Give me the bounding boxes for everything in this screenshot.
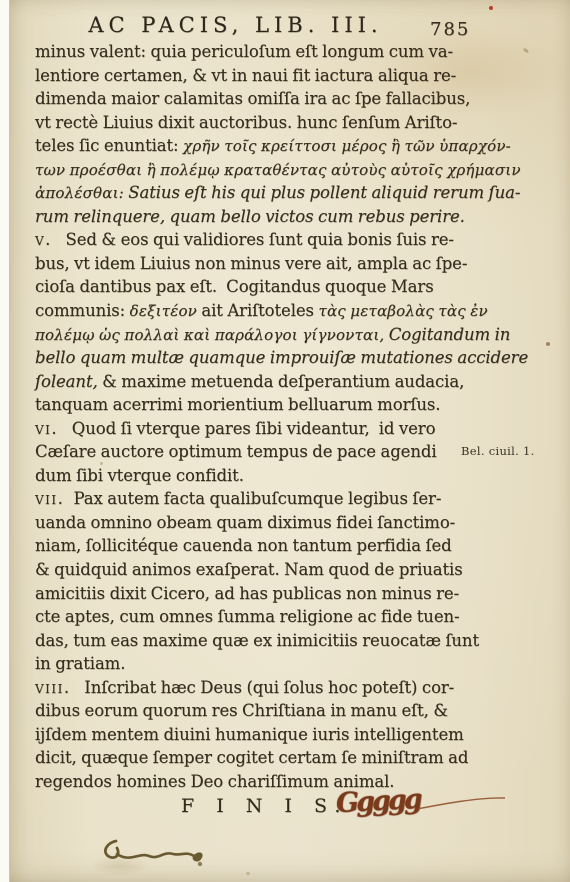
paper-speck xyxy=(455,638,458,641)
text-line: bello quam multæ quamque improuiſæ mutat… xyxy=(35,346,467,370)
text-line: tanquam acerrimi morientium belluarum mo… xyxy=(35,393,467,417)
ink-scribble-tail xyxy=(335,788,510,823)
text-line: minus valent: quia periculoſum eſt longu… xyxy=(35,40,467,64)
page-number: 785 xyxy=(430,19,470,40)
text-line: cioſa dantibus pax eſt. Cogitandus quoqu… xyxy=(35,275,467,299)
text-block: minus valent: quia periculoſum eſt longu… xyxy=(35,40,467,794)
text-line: dibus eorum quorum res Chriſtiana in man… xyxy=(35,699,467,723)
text-line: ijſdem mentem diuini humanique iuris int… xyxy=(35,723,467,747)
handwritten-flourish-arrow xyxy=(100,834,225,876)
text-line: lentiore certamen, & vt in naui fit iact… xyxy=(35,64,467,88)
text-line: πολέμῳ ὡς πολλαὶ καὶ παράλογοι γίγνονται… xyxy=(35,323,467,347)
text-line: viii. Inſcribat hæc Deus (qui ſolus hoc … xyxy=(35,676,467,700)
text-line: vt rectè Liuius dixit auctoribus. hunc ſ… xyxy=(35,111,467,135)
text-line: v. Sed & eos qui validiores ſunt quia bo… xyxy=(35,228,467,252)
text-line: communis: δεξιτέον ait Ariſtoteles τὰς μ… xyxy=(35,299,467,323)
paper-speck xyxy=(100,462,103,465)
text-line: Cæſare auctore optimum tempus de pace ag… xyxy=(35,440,467,464)
text-line: vii. Pax autem facta qualibuſcumque legi… xyxy=(35,487,467,511)
text-line: teles ſic enuntiat: χρῆν τοῖς κρείττοσι … xyxy=(35,134,467,158)
scan-edge-strip xyxy=(0,0,10,882)
text-line: rum relinquere, quam bello victos cum re… xyxy=(35,205,467,229)
text-line: niam, ſollicitéque cauenda non tantum pe… xyxy=(35,534,467,558)
text-line: das, tum eas maxime quæ ex inimicitiis r… xyxy=(35,629,467,653)
running-head-title: AC PACIS, LIB. III. xyxy=(18,13,453,37)
text-line: dicit, quæque ſemper cogitet certam ſe m… xyxy=(35,746,467,770)
text-line: των προέσθαι ἢ πολέμῳ κραταθέντας αὐτοὺς… xyxy=(35,158,467,182)
paper-speck xyxy=(246,872,250,875)
margin-note: Bel. ciuil. 1. xyxy=(461,444,535,458)
text-line: dum ſibi vterque confidit. xyxy=(35,464,467,488)
text-line: cte aptes, cum omnes ſumma religione ac … xyxy=(35,605,467,629)
text-line: ἀπολέσθαι: Satius eſt his qui plus polle… xyxy=(35,181,467,205)
finis-label: F I N I S. xyxy=(181,795,348,817)
paper-speck xyxy=(489,6,493,10)
text-line: & quidquid animos exaſperat. Nam quod de… xyxy=(35,558,467,582)
book-page-scan: AC PACIS, LIB. III. 785 minus valent: qu… xyxy=(0,0,570,882)
text-line: dimenda maior calamitas omiſſa ira ac ſp… xyxy=(35,87,467,111)
text-line: in gratiam. xyxy=(35,652,467,676)
paper-speck xyxy=(546,342,550,346)
text-line: ſoleant, & maxime metuenda deſperantium … xyxy=(35,370,467,394)
text-line: amicitiis dixit Cicero, ad has publicas … xyxy=(35,582,467,606)
text-line: vi. Quod ſi vterque pares ſibi videantur… xyxy=(35,417,467,441)
text-line: bus, vt idem Liuius non minus vere ait, … xyxy=(35,252,467,276)
text-line: uanda omnino obeam quam diximus fidei ſa… xyxy=(35,511,467,535)
